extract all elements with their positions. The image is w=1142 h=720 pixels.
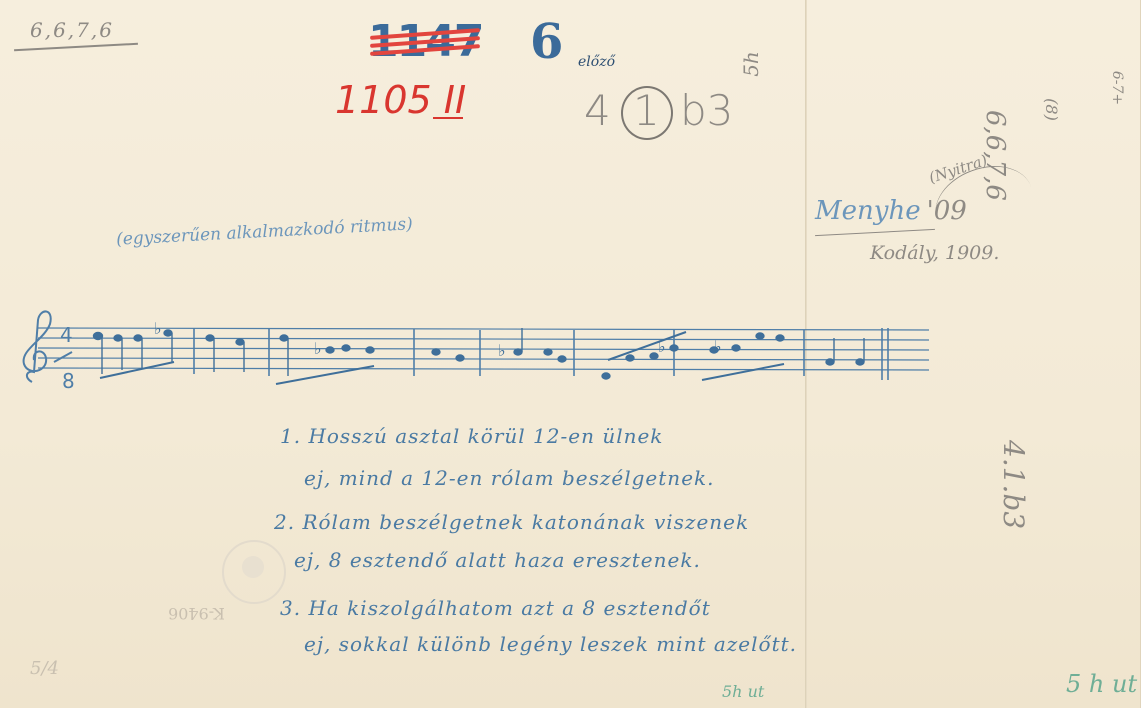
archive-stamp — [222, 540, 286, 604]
classification-suffix: b3 — [680, 86, 733, 135]
corner-code: 6,6,7,6 — [30, 18, 114, 42]
rhythm-remark: (egyszerűen alkalmazkodó ritmus) — [116, 214, 414, 250]
red-catalog-underline — [433, 117, 463, 119]
archive-number: K-9406 — [168, 604, 225, 623]
lyric-text: Ha kiszolgálhatom azt a 8 esztendőt — [308, 596, 710, 620]
green-note-right: 5 h ut — [1066, 670, 1137, 698]
stanza-1-line-2: ej, mind a 12-en rólam beszélgetnek. — [304, 466, 715, 490]
vertical-small-note: 6-7+ — [1109, 71, 1125, 105]
svg-text:♭: ♭ — [658, 337, 666, 356]
stamp-emblem — [242, 556, 264, 578]
classification-prefix: 4 — [584, 86, 611, 135]
replacement-digit: 6 — [530, 14, 563, 70]
lyric-text: Hosszú asztal körül 12-en ülnek — [308, 424, 663, 448]
svg-text:8: 8 — [62, 369, 75, 393]
bottom-left-note: 5/4 — [30, 658, 59, 679]
corner-code-underline — [14, 43, 138, 51]
svg-text:4: 4 — [60, 323, 73, 347]
stanza-number: 1. — [280, 424, 301, 448]
strike-through-marks — [370, 22, 480, 62]
green-note-center: 5h ut — [722, 682, 764, 701]
manuscript-sheet: 6,6,7,6 1147 6 előző 1105 II 4 1 b3 5h 6… — [0, 0, 1141, 708]
stanza-2-line-1: 2. Rólam beszélgetnek katonának viszenek — [274, 510, 749, 534]
stanza-3-line-1: 3. Ha kiszolgálhatom azt a 8 esztendőt — [280, 596, 711, 620]
place-text: Menyhe — [815, 196, 921, 226]
stanza-3-line-2: ej, sokkal különb legény leszek mint aze… — [304, 632, 797, 656]
stanza-2-line-2: ej, 8 esztendő alatt haza eresztenek. — [294, 548, 701, 572]
rotated-note: 5h — [739, 51, 763, 77]
stanza-number: 2. — [274, 510, 295, 534]
staff-notation-svg: 4 8 — [14, 300, 944, 400]
place-underline — [815, 229, 935, 236]
collector-line: Kodály, 1909. — [870, 242, 999, 264]
vertical-paren: (8) — [1042, 98, 1061, 121]
svg-text:♭: ♭ — [154, 319, 162, 338]
stanza-1-line-1: 1. Hosszú asztal körül 12-en ülnek — [280, 424, 663, 448]
vertical-code-bottom: 4.1.b3 — [997, 440, 1030, 529]
svg-text:♭: ♭ — [714, 337, 722, 356]
classification-circled-number: 1 — [633, 86, 660, 135]
stanza-number: 3. — [280, 596, 301, 620]
lyric-text: Rólam beszélgetnek katonának viszenek — [302, 510, 749, 534]
svg-text:♭: ♭ — [314, 339, 322, 358]
red-catalog-number: 1105 II — [335, 78, 466, 122]
music-staff: 4 8 — [14, 300, 944, 400]
annotation-elozo: előző — [578, 54, 615, 70]
svg-text:♭: ♭ — [498, 341, 506, 360]
